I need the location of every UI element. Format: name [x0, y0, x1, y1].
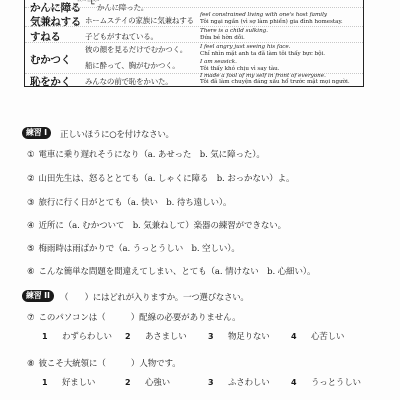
vocab-en: I am seasick. [200, 59, 237, 66]
vocab-en: I feel angry just seeing his face. [200, 44, 291, 51]
choice-8-2[interactable]: 2心強い [125, 376, 170, 388]
question-3: ③旅行に行く日がとても（a. 快い b. 待ち遠しい）。 [27, 196, 231, 208]
vocab-en: There is a child sulking. [200, 28, 268, 35]
question-8: ⑧彼こそ大統領に（ ）人物です。 [27, 357, 181, 369]
vocab-vi: Thái độ của anh ta làm tôi tá gan. [200, 0, 296, 1]
choice-8-3[interactable]: 3ふさわしい [208, 376, 270, 388]
choice-7-2[interactable]: 2あさましい [125, 330, 187, 342]
choice-8-1[interactable]: 1好ましい [42, 376, 95, 388]
vocab-example: 船に酔って、胸がむかつく。 [85, 60, 180, 71]
divider [25, 26, 363, 27]
vocab-word: 恥をかく [30, 74, 71, 89]
exercise2-badge: 練習 II [22, 290, 54, 302]
choice-7-4[interactable]: 4心苦しい [291, 330, 344, 342]
exercise2-instruction: （ ）にはどれが入りますか。一つ選びなさい。 [60, 291, 249, 303]
vocab-example: 子どもがすねている。 [85, 31, 158, 42]
choice-8-4[interactable]: 4うっとうしい [291, 376, 361, 388]
question-6: ⑥こんな簡単な問題を間違えてしまい、とても（a. 情けない b. 心細い）。 [27, 265, 315, 277]
bracket: └ [89, 0, 94, 10]
vocab-table: かんに障る 」 彼の態度が └ かんに障った。 Thái độ của anh … [24, 0, 364, 87]
vocab-vi: Chỉ nhìn mặt anh ta đã làm tôi thấy bực … [200, 51, 325, 58]
vocab-example: ホームステイの家族に気兼ねする [85, 15, 194, 26]
divider [25, 42, 363, 43]
question-2: ②山田先生は、怒るととても（a. しゃくに障る b. おっかない）よ。 [27, 172, 294, 184]
choice-7-3[interactable]: 3物足りない [208, 330, 270, 342]
question-4: ④近所に（a. むかついて b. 気兼ねして）楽器の練習ができない。 [27, 219, 286, 231]
vocab-word: むかつく [30, 52, 71, 67]
vocab-en: feel constrained living with one's host … [200, 12, 327, 19]
vocab-vi: Tôi đã làm chuyện đáng xấu hổ trước mặt … [200, 79, 350, 86]
vocab-vi: Tôi ngại ngần (vì sợ làm phiền) gia đình… [200, 19, 343, 26]
vocab-vi: Đứa bé hờn dỗi. [200, 35, 245, 42]
question-1: ①電車に乗り遅れそうになり（a. あせった b. 気に障った）。 [27, 148, 265, 160]
question-7: ⑦このパソコンは（ ）配線の必要がありません。 [27, 311, 240, 323]
vocab-example: 彼の顔を見るだけでむかつく。 [85, 44, 187, 55]
exercise1-instruction: 正しいほうに○を付けなさい。 [60, 128, 174, 140]
question-5: ⑤梅雨時は雨ばかりで（a. うっとうしい b. 空しい）。 [27, 242, 240, 254]
choice-7-1[interactable]: 1わずらわしい [42, 330, 112, 342]
vocab-example: みんなの前で恥をかいた。 [85, 76, 173, 87]
exercise1-badge: 練習 I [22, 127, 51, 139]
divider [25, 7, 363, 8]
vocab-vi: Tôi thấy khó chịu vì say tàu. [200, 66, 280, 73]
